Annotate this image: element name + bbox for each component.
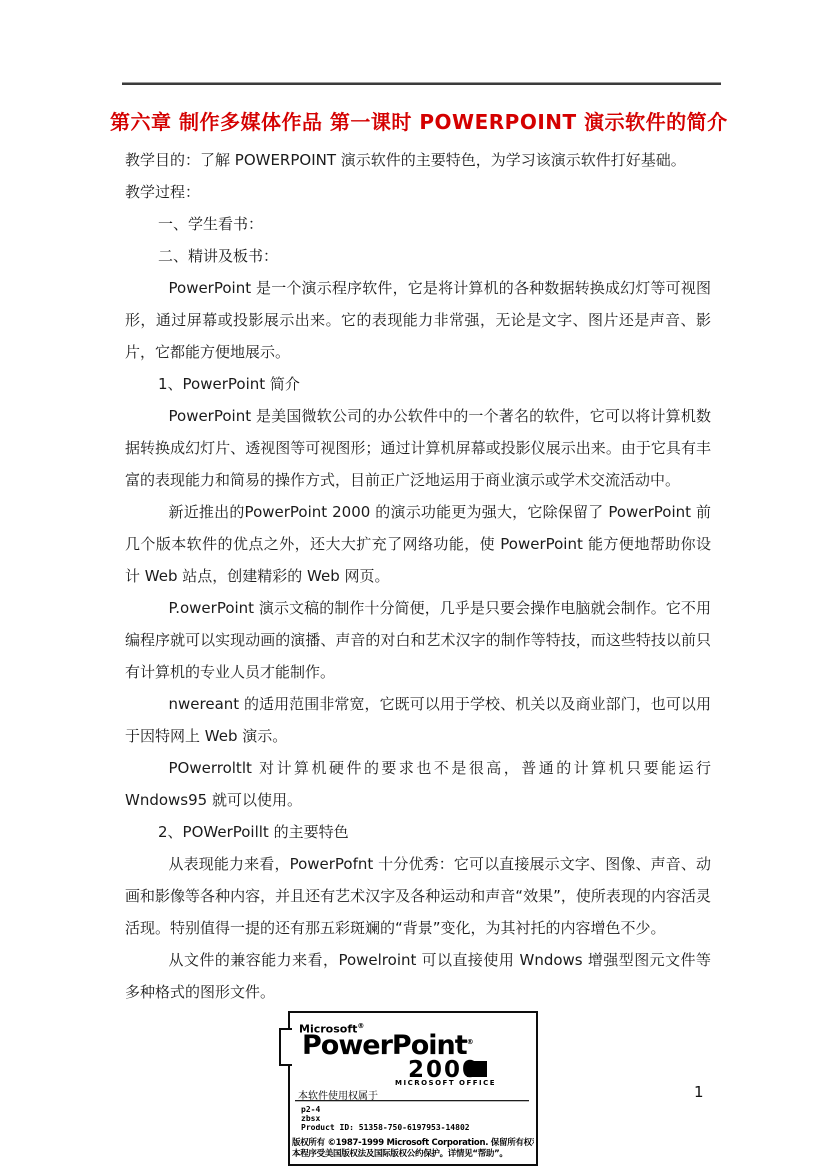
paragraph-powerpoint-2000: 新近推出的PowerPoint 2000 的演示功能更为强大，它除保留了 Pow… xyxy=(125,496,711,592)
paragraph-file-compatibility: 从文件的兼容能力来看，Powelroint 可以直接使用 Wndows 增强型图… xyxy=(125,944,711,1008)
paragraph-powerpoint-definition: PowerPoint 是一个演示程序软件，它是将计算机的各种数据转换成幻灯等可视… xyxy=(125,272,711,368)
page-number: 1 xyxy=(694,1083,704,1101)
owner-line-1: p2-4 xyxy=(301,1105,470,1114)
product-id: Product ID: 51358-750-6197953-14802 xyxy=(301,1123,470,1132)
license-underline xyxy=(295,1100,529,1102)
list-item-students-read: 一、学生看书： xyxy=(125,208,711,240)
paragraph-hardware-requirements: POwerroltlt 对计算机硬件的要求也不是很高，普通的计算机只要能运行 W… xyxy=(125,752,711,816)
header-rule xyxy=(122,82,721,85)
paragraph-ease-of-use: P.owerPoint 演示文稿的制作十分简便，几乎是只要会操作电脑就会制作。它… xyxy=(125,592,711,688)
paragraph-usage-range: nwereant 的适用范围非常宽，它既可以用于学校、机关以及商业部门，也可以用… xyxy=(125,688,711,752)
paragraph-teaching-objective: 教学目的：了解 POWERPOINT 演示软件的主要特色，为学习该演示软件打好基… xyxy=(125,144,711,176)
heading-powerpoint-intro: 1、PowerPoint 简介 xyxy=(125,368,711,400)
paragraph-powerpoint-overview: PowerPoint 是美国微软公司的办公软件中的一个著名的软件，它可以将计算机… xyxy=(125,400,711,496)
license-owner-details: p2-4 zbsx Product ID: 51358-750-6197953-… xyxy=(301,1105,470,1132)
registered-trademark-icon: ® xyxy=(357,1022,364,1030)
paragraph-teaching-process: 教学过程： xyxy=(125,176,711,208)
heading-main-features: 2、POWerPoillt 的主要特色 xyxy=(125,816,711,848)
microsoft-office-label: MICROSOFT OFFICE xyxy=(395,1079,496,1087)
page-title: 第六章 制作多媒体作品 第一课时 POWERPOINT 演示软件的简介 xyxy=(110,106,722,135)
owner-line-2: zbsx xyxy=(301,1114,470,1123)
powerpoint-2000-splash-image: Microsoft® PowerPoint® 2000 MICROSOFT OF… xyxy=(288,1011,538,1166)
registered-trademark-icon: ® xyxy=(467,1038,473,1046)
list-item-lecture-notes: 二、精讲及板书： xyxy=(125,240,711,272)
copyright-line-2: 本程序受美国版权法及国际版权公约保护。详情见“帮助”。 xyxy=(292,1147,534,1159)
paragraph-expressive-ability: 从表现能力来看，PowerPofnt 十分优秀：它可以直接展示文字、图像、声音、… xyxy=(125,848,711,944)
document-body: 教学目的：了解 POWERPOINT 演示软件的主要特色，为学习该演示软件打好基… xyxy=(125,144,711,1008)
office-logo-icon xyxy=(467,1061,487,1077)
scan-notch-artifact xyxy=(279,1028,292,1066)
document-page: 第六章 制作多媒体作品 第一课时 POWERPOINT 演示软件的简介 教学目的… xyxy=(0,0,827,1170)
